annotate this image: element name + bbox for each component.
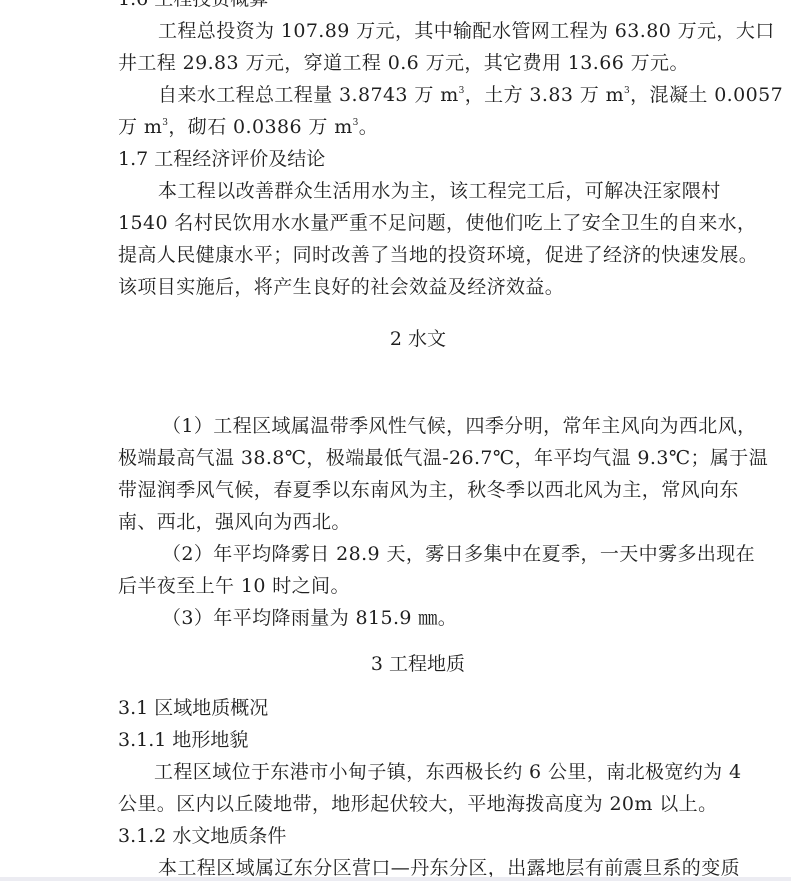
paragraph-line: 提高人民健康水平；同时改善了当地的投资环境，促进了经济的快速发展。 <box>118 239 718 271</box>
paragraph-line: （2）年平均降雾日 28.9 天，雾日多集中在夏季，一天中雾多出现在 <box>118 538 718 570</box>
paragraph-line: 井工程 29.83 万元，穿道工程 0.6 万元，其它费用 13.66 万元。 <box>118 47 718 79</box>
text-run: ，土方 3.83 万 m <box>465 84 624 106</box>
section-heading-1-6: 1.6 工程投资概算 <box>118 0 718 15</box>
text-run: 。 <box>359 116 378 138</box>
paragraph-line: 后半夜至上午 10 时之间。 <box>118 570 718 602</box>
paragraph-line: 自来水工程总工程量 3.8743 万 m3，土方 3.83 万 m3，混凝土 0… <box>118 79 718 111</box>
paragraph-line: 本工程区域属辽东分区营口—丹东分区，出露地层有前震旦系的变质 <box>118 852 718 877</box>
section-heading-3-1-1: 3.1.1 地形地貌 <box>118 724 718 756</box>
page-bottom-edge <box>0 877 791 881</box>
spacer <box>118 355 718 410</box>
paragraph-line: （1）工程区域属温带季风性气候，四季分明，常年主风向为西北风， <box>118 410 718 442</box>
paragraph-line: 带湿润季风气候，春夏季以东南风为主，秋冬季以西北风为主，常风向东 <box>118 474 718 506</box>
paragraph-line: 本工程以改善群众生活用水为主，该工程完工后，可解决汪家隈村 <box>118 175 718 207</box>
spacer <box>118 680 718 692</box>
paragraph-line: 公里。区内以丘陵地带，地形起伏较大，平地海拨高度为 20m 以上。 <box>118 788 718 820</box>
text-run: ，砌石 0.0386 万 m <box>168 116 352 138</box>
section-heading-3-1-2: 3.1.2 水文地质条件 <box>118 820 718 852</box>
section-heading-3-1: 3.1 区域地质概况 <box>118 692 718 724</box>
paragraph-line: 万 m3，砌石 0.0386 万 m3。 <box>118 111 718 143</box>
text-run: 自来水工程总工程量 3.8743 万 m <box>158 84 459 106</box>
text-column: 1.6 工程投资概算 工程总投资为 107.89 万元，其中输配水管网工程为 6… <box>118 0 718 877</box>
paragraph-line: 1540 名村民饮用水水量严重不足问题，使他们吃上了安全卫生的自来水， <box>118 207 718 239</box>
chapter-heading-3: 3 工程地质 <box>118 648 718 680</box>
paragraph-line: 该项目实施后，将产生良好的社会效益及经济效益。 <box>118 271 718 303</box>
paragraph-line: 南、西北，强风向为西北。 <box>118 506 718 538</box>
section-heading-1-7: 1.7 工程经济评价及结论 <box>118 143 718 175</box>
document-page: 1.6 工程投资概算 工程总投资为 107.89 万元，其中输配水管网工程为 6… <box>0 0 791 877</box>
text-run: 万 m <box>118 116 162 138</box>
chapter-heading-2: 2 水文 <box>118 323 718 355</box>
paragraph-line: （3）年平均降雨量为 815.9 ㎜。 <box>118 602 718 634</box>
paragraph-line: 工程总投资为 107.89 万元，其中输配水管网工程为 63.80 万元，大口 <box>118 15 718 47</box>
text-run: ，混凝土 0.0057 <box>630 84 783 106</box>
paragraph-line: 极端最高气温 38.8℃，极端最低气温-26.7℃，年平均气温 9.3℃；属于温 <box>118 442 718 474</box>
paragraph-line: 工程区域位于东港市小甸子镇，东西极长约 6 公里，南北极宽约为 4 <box>118 756 718 788</box>
